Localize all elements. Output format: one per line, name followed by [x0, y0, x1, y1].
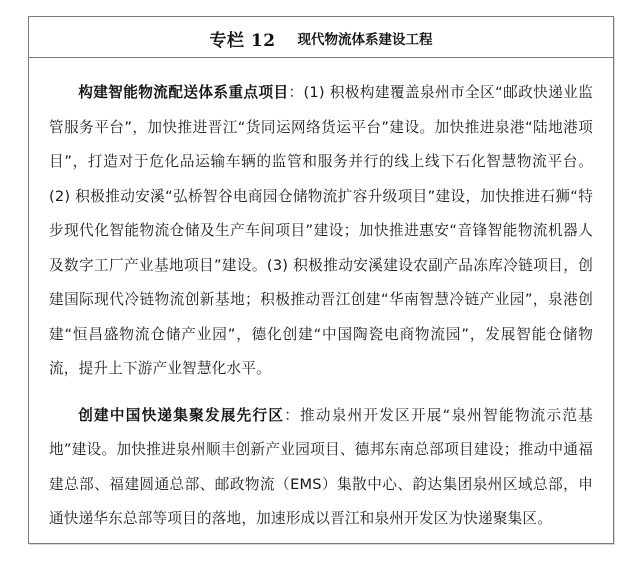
paragraph-heading: 创建中国快递集聚发展先行区	[78, 407, 284, 424]
paragraph-text: ：(1) 积极构建覆盖泉州市全区“邮政快递业监管服务平台”，加快推进晋江“货同运…	[49, 84, 593, 377]
column-label: 专栏 12	[209, 26, 275, 51]
paragraph-heading: 构建智能物流配送体系重点项目	[78, 84, 288, 101]
paragraph-text: ：推动泉州开发区开展“泉州智能物流示范基地”建设。加快推进泉州顺丰创新产业园项目…	[49, 407, 593, 528]
column-header: 专栏 12 现代物流体系建设工程	[29, 17, 613, 58]
paragraph-express-cluster: 创建中国快递集聚发展先行区：推动泉州开发区开展“泉州智能物流示范基地”建设。加快…	[49, 399, 593, 537]
column-body: 构建智能物流配送体系重点项目：(1) 积极构建覆盖泉州市全区“邮政快递业监管服务…	[29, 58, 613, 537]
paragraph-smart-logistics: 构建智能物流配送体系重点项目：(1) 积极构建覆盖泉州市全区“邮政快递业监管服务…	[49, 76, 593, 387]
column-title: 现代物流体系建设工程	[298, 28, 433, 48]
column-box: 专栏 12 现代物流体系建设工程 构建智能物流配送体系重点项目：(1) 积极构建…	[28, 16, 614, 544]
